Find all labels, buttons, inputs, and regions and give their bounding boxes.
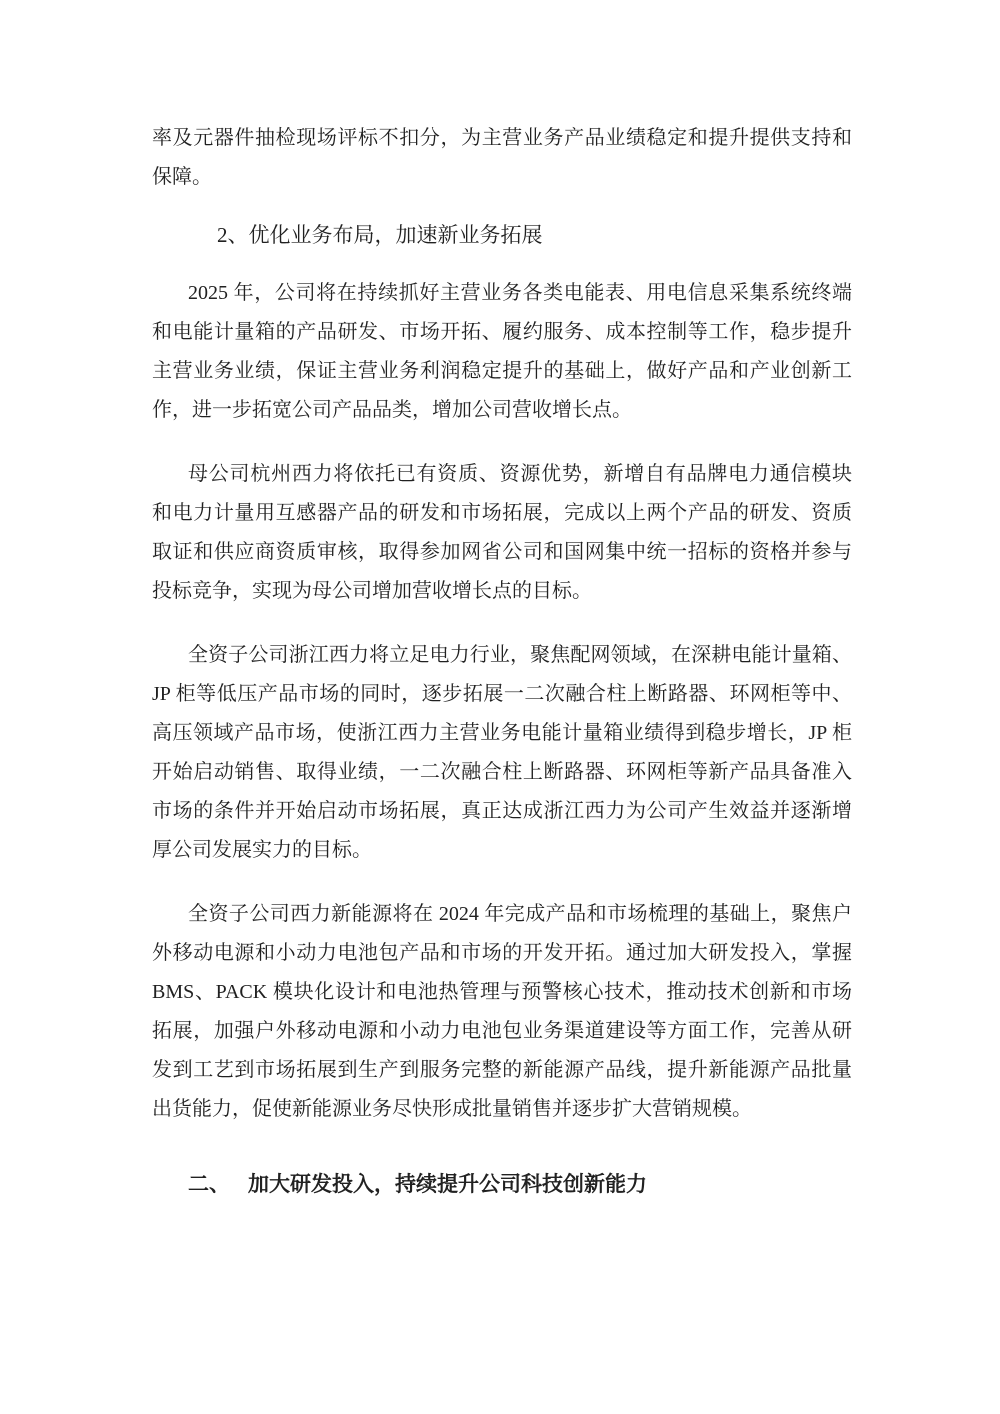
text-line: 2025 年，公司将在持续抓好主营业务各类电能表、用电信息采集系统终端 xyxy=(152,274,852,313)
document-content: 率及元器件抽检现场评标不扣分，为主营业务产品业绩稳定和提升提供支持和保障。 2、… xyxy=(152,119,852,1204)
text-line: 发到工艺到市场拓展到生产到服务完整的新能源产品线，提升新能源产品批量 xyxy=(152,1051,852,1090)
paragraph-continuation: 率及元器件抽检现场评标不扣分，为主营业务产品业绩稳定和提升提供支持和保障。 xyxy=(152,119,852,197)
text-line: 作，进一步拓宽公司产品品类，增加公司营收增长点。 xyxy=(152,391,852,430)
text-line: 出货能力，促使新能源业务尽快形成批量销售并逐步扩大营销规模。 xyxy=(152,1090,852,1129)
paragraph-xili-new-energy: 全资子公司西力新能源将在 2024 年完成产品和市场梳理的基础上，聚焦户外移动电… xyxy=(152,895,852,1129)
text-line: JP 柜等低压产品市场的同时，逐步拓展一二次融合柱上断路器、环网柜等中、 xyxy=(152,675,852,714)
text-line: 和电能计量箱的产品研发、市场开拓、履约服务、成本控制等工作，稳步提升 xyxy=(152,313,852,352)
text-line: 开始启动销售、取得业绩，一二次融合柱上断路器、环网柜等新产品具备准入 xyxy=(152,753,852,792)
text-line: 市场的条件并开始启动市场拓展，真正达成浙江西力为公司产生效益并逐渐增 xyxy=(152,792,852,831)
paragraph-zhejiang-xili: 全资子公司浙江西力将立足电力行业，聚焦配网领域，在深耕电能计量箱、JP 柜等低压… xyxy=(152,636,852,870)
sub-section-heading: 2、优化业务布局，加速新业务拓展 xyxy=(152,216,852,255)
text-line: 全资子公司浙江西力将立足电力行业，聚焦配网领域，在深耕电能计量箱、 xyxy=(152,636,852,675)
text-line: 率及元器件抽检现场评标不扣分，为主营业务产品业绩稳定和提升提供支持和 xyxy=(152,119,852,158)
paragraph-parent-company: 母公司杭州西力将依托已有资质、资源优势，新增自有品牌电力通信模块和电力计量用互感… xyxy=(152,455,852,611)
paragraph-2025-plan: 2025 年，公司将在持续抓好主营业务各类电能表、用电信息采集系统终端和电能计量… xyxy=(152,274,852,430)
heading-title: 加大研发投入，持续提升公司科技创新能力 xyxy=(248,1173,647,1196)
text-line: BMS、PACK 模块化设计和电池热管理与预警核心技术，推动技术创新和市场 xyxy=(152,973,852,1012)
text-line: 保障。 xyxy=(152,158,852,197)
text-line: 投标竞争，实现为母公司增加营收增长点的目标。 xyxy=(152,572,852,611)
document-page: 率及元器件抽检现场评标不扣分，为主营业务产品业绩稳定和提升提供支持和保障。 2、… xyxy=(0,0,1000,1414)
text-line: 和电力计量用互感器产品的研发和市场拓展，完成以上两个产品的研发、资质 xyxy=(152,494,852,533)
major-section-heading: 二、加大研发投入，持续提升公司科技创新能力 xyxy=(152,1165,852,1204)
text-line: 全资子公司西力新能源将在 2024 年完成产品和市场梳理的基础上，聚焦户 xyxy=(152,895,852,934)
text-line: 拓展，加强户外移动电源和小动力电池包业务渠道建设等方面工作，完善从研 xyxy=(152,1012,852,1051)
text-line: 高压领域产品市场，使浙江西力主营业务电能计量箱业绩得到稳步增长，JP 柜 xyxy=(152,714,852,753)
text-line: 取证和供应商资质审核，取得参加网省公司和国网集中统一招标的资格并参与 xyxy=(152,533,852,572)
text-line: 主营业务业绩，保证主营业务利润稳定提升的基础上，做好产品和产业创新工 xyxy=(152,352,852,391)
text-line: 厚公司发展实力的目标。 xyxy=(152,831,852,870)
text-line: 外移动电源和小动力电池包产品和市场的开发开拓。通过加大研发投入，掌握 xyxy=(152,934,852,973)
heading-number: 二、 xyxy=(188,1173,230,1196)
text-line: 母公司杭州西力将依托已有资质、资源优势，新增自有品牌电力通信模块 xyxy=(152,455,852,494)
